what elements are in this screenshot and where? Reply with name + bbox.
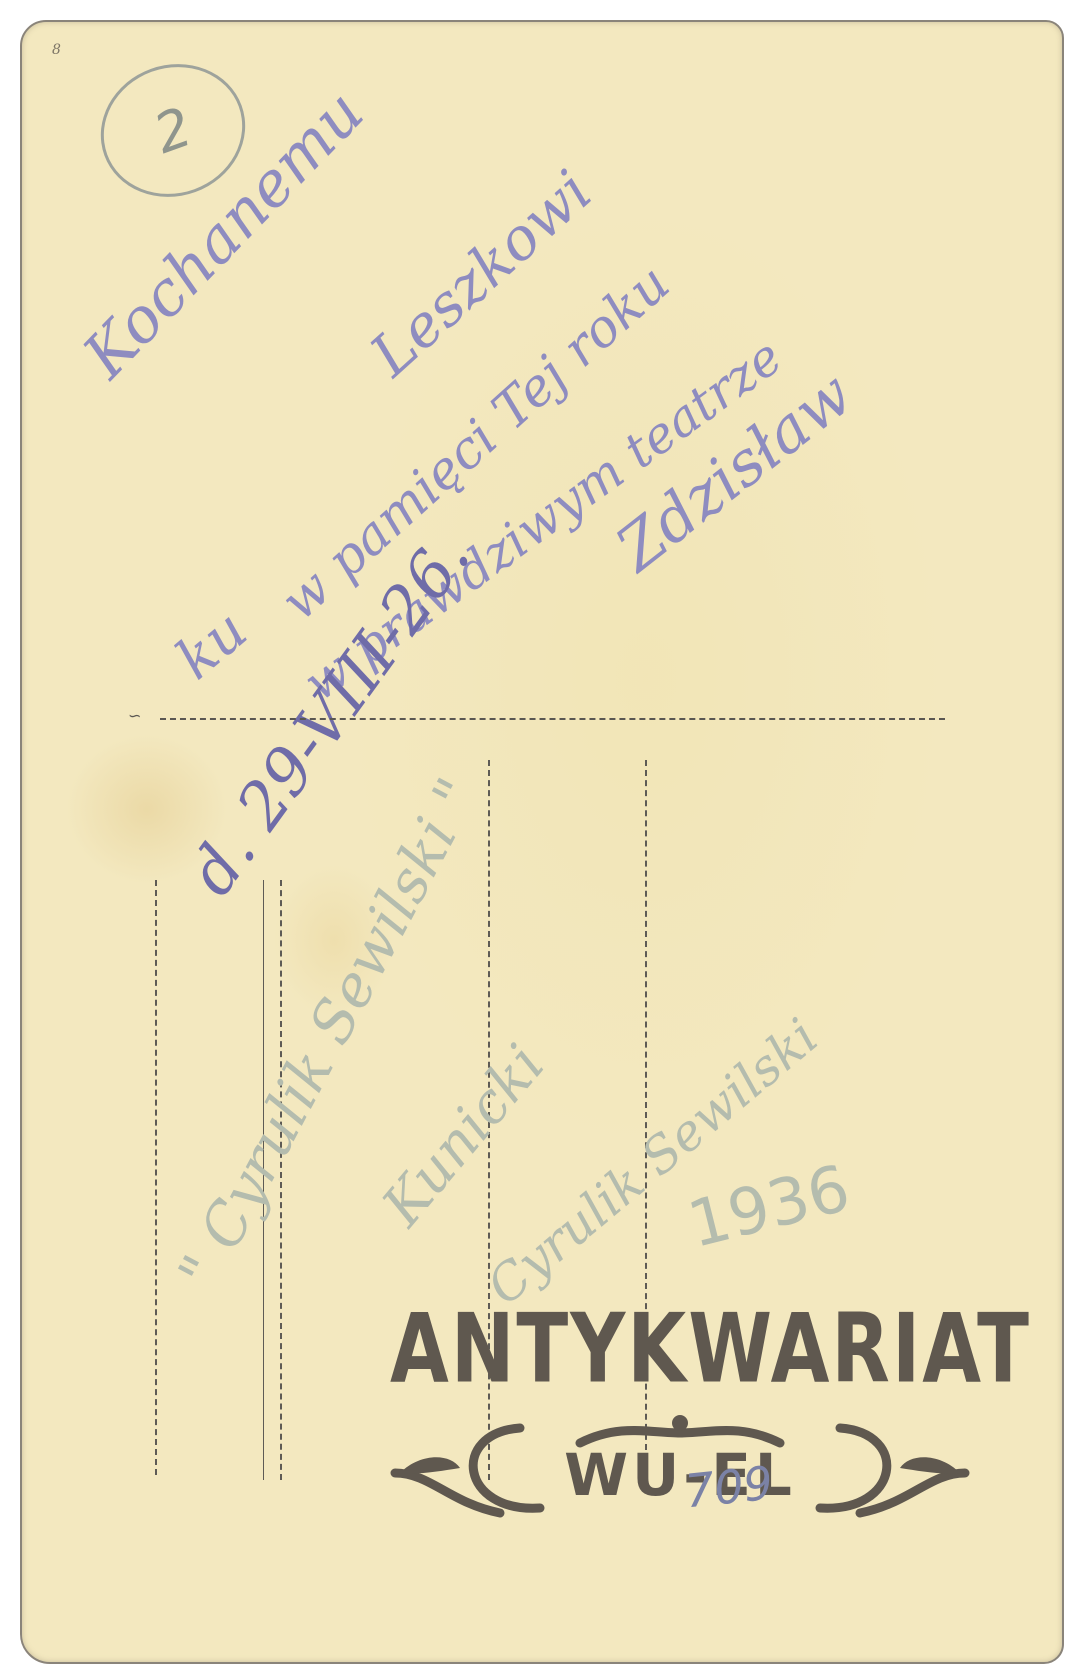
divider-mark: ∽ [128,706,141,725]
address-divider-horizontal [160,718,945,720]
catalog-note: 709 [682,1456,775,1519]
circled-number-text: 2 [146,95,200,166]
logo-ornament-frame: WU-EL [390,1413,970,1523]
address-line-1 [155,880,157,1475]
logo-title: ANTYKWARIAT [390,1293,970,1406]
logo-subtitle: WU-EL [390,1441,970,1509]
corner-mark: 8 [52,42,61,58]
antykwariat-logo: ANTYKWARIAT WU-EL [390,1315,970,1525]
